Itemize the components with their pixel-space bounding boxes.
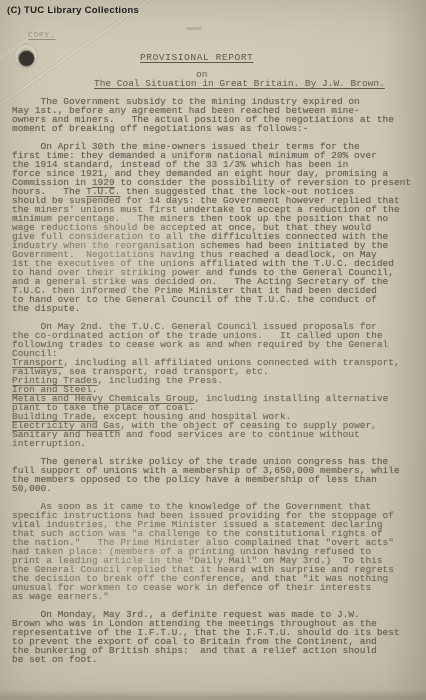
- document-body: The Government subsidy to the mining ind…: [12, 97, 422, 673]
- text-segment: the dispute.: [12, 303, 80, 314]
- text-segment: as wage earners.": [12, 591, 109, 602]
- text-line: the dispute.: [12, 304, 422, 313]
- text-line: the members opposed to the policy have a…: [12, 475, 422, 484]
- copy-stamp: COPY.: [28, 32, 56, 40]
- text-segment: be set on foot.: [12, 654, 98, 665]
- report-title: PROVISIONAL REPORT: [140, 52, 253, 63]
- paragraph: The general strike policy of the trade u…: [12, 457, 422, 493]
- report-subtitle: The Coal Situation in Great Britain. By …: [94, 78, 385, 89]
- text-line: moment of breaking off negotiations was …: [12, 124, 422, 133]
- text-line: interruption.: [12, 439, 422, 448]
- text-segment: following trades to cease work as and wh…: [12, 339, 388, 350]
- text-segment: , including installing alternative: [194, 393, 388, 404]
- paragraph: As soon as it came to the knowledge of t…: [12, 502, 422, 601]
- text-segment: , including the Press.: [98, 375, 223, 386]
- text-segment: moment of breaking off negotiations was …: [12, 123, 308, 134]
- paragraph: On May 2nd. the T.U.C. General Council i…: [12, 322, 422, 448]
- text-line: as wage earners.": [12, 592, 422, 601]
- text-line: 50,000.: [12, 484, 422, 493]
- scan-smudge: [186, 27, 202, 31]
- text-segment: the members opposed to the policy have a…: [12, 474, 377, 485]
- scanned-document-page: (C) TUC Library Collections COPY. PROVIS…: [0, 0, 426, 700]
- text-segment: 50,000.: [12, 483, 52, 494]
- text-line: following trades to cease work as and wh…: [12, 340, 422, 349]
- paragraph: On Monday, May 3rd., a definite request …: [12, 610, 422, 664]
- punch-hole: [19, 51, 34, 66]
- paragraph: On April 30th the mine-owners issued the…: [12, 142, 422, 313]
- collection-watermark: (C) TUC Library Collections: [7, 5, 139, 16]
- text-segment: interruption.: [12, 438, 86, 449]
- paragraph: The Government subsidy to the mining ind…: [12, 97, 422, 133]
- text-line: be set on foot.: [12, 655, 422, 664]
